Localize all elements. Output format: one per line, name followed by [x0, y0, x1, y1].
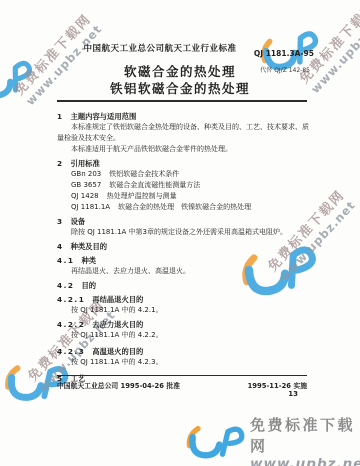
site-brand-text: 免费标准下载网 www.upbz.net	[250, 414, 360, 466]
section-title: 再结晶退火目的	[92, 295, 143, 304]
reference-code: GB 3657	[71, 181, 101, 189]
implementation-note: 1995-11-26 实施	[248, 380, 307, 390]
reference-code: QJ 1428	[71, 192, 99, 200]
reference-item: GB 3657软磁合金直流磁性能测量方法	[57, 180, 310, 191]
standard-number: QJ 1181.3A-95	[254, 49, 314, 58]
section-number: 4.2	[57, 281, 74, 290]
watermark-site-url: www.upbz.net	[250, 456, 360, 466]
section-1-heading: 1主题内容与适用范围	[57, 111, 310, 122]
section-number: 4.1	[57, 256, 74, 265]
section-4-2-1-heading: 4.2.1再结晶退火目的	[57, 294, 310, 305]
section-number: 3	[57, 217, 64, 226]
section-4-heading: 4种类及目的	[57, 241, 310, 252]
page-number: 13	[288, 390, 298, 398]
reference-name: 铁铝软磁合金技术条件	[109, 170, 179, 178]
footer-rule	[57, 375, 307, 376]
paragraph: 按 QJ 1181.1A 中的 4.2.1。	[57, 305, 310, 316]
section-title: 设备	[71, 217, 86, 226]
paragraph: 本标准适用于航天产品铁铝软磁合金零件的热处理。	[57, 144, 310, 155]
section-number: 4.2.2	[57, 320, 85, 329]
doc-body: 1主题内容与适用范围 本标准规定了铁铝软磁合金热处理的设备、种类及目的、工艺、技…	[57, 108, 310, 384]
section-number: 1	[57, 112, 64, 121]
reference-code: GBn 203	[71, 170, 101, 178]
scanned-standard-page: 免费标准下载网 www.upbz.net 免费标准下载网 www.upbz.ne…	[0, 0, 360, 466]
paragraph: 再结晶退火、去应力退火、高温退火。	[57, 266, 310, 277]
paragraph: 按 QJ 1181.1A 中的 4.2.2。	[57, 330, 310, 341]
section-title: 种类	[81, 256, 96, 265]
section-title: 去应力退火目的	[92, 320, 143, 329]
doc-title-line1: 软磁合金的热处理	[0, 62, 360, 80]
section-title: 主题内容与适用范围	[71, 112, 137, 121]
reference-item: GBn 203铁铝软磁合金技术条件	[57, 169, 310, 180]
header-rule	[57, 100, 307, 102]
reference-item: QJ 1428热处理炉温控制与测量	[57, 191, 310, 202]
section-4-1-heading: 4.1种类	[57, 255, 310, 266]
section-2-heading: 2引用标准	[57, 158, 310, 169]
reference-name: 软磁合金直流磁性能测量方法	[109, 181, 200, 189]
reference-name: 软磁合金的热处理 铁镍软磁合金的热处理	[118, 203, 251, 211]
section-number: 4.2.1	[57, 295, 85, 304]
section-4-2-3-heading: 4.2.3高温退火的目的	[57, 346, 310, 357]
reference-name: 热处理炉温控制与测量	[107, 192, 177, 200]
paragraph: 除按 QJ 1181.1A 中第3章的规定设备之外还需采用高温箱式电阻炉。	[57, 227, 310, 238]
reference-code: QJ 1181.1A	[71, 203, 110, 211]
reference-item: QJ 1181.1A软磁合金的热处理 铁镍软磁合金的热处理	[57, 202, 310, 213]
section-title: 引用标准	[71, 159, 100, 168]
watermark-site-name: 免费标准下载网	[250, 414, 360, 456]
section-4-2-heading: 4.2目的	[57, 280, 310, 291]
section-number: 2	[57, 159, 64, 168]
doc-title-line2: 铁铝软磁合金的热处理	[0, 79, 360, 97]
section-4-2-2-heading: 4.2.2去应力退火目的	[57, 319, 310, 330]
section-title: 高温退火的目的	[92, 347, 143, 356]
footer: 中国航天工业总公司 1995-04-26 批准 1995-11-26 实施	[57, 380, 307, 390]
section-number: 4.2.3	[57, 347, 85, 356]
section-title: 目的	[81, 281, 96, 290]
section-3-heading: 3设备	[57, 216, 310, 227]
section-title: 种类及目的	[71, 242, 107, 251]
site-brand: 免费标准下载网 www.upbz.net	[182, 414, 360, 466]
paragraph: 本标准规定了铁铝软磁合金热处理的设备、种类及目的、工艺、技术要求、质量检验及技术…	[57, 122, 310, 144]
section-number: 4	[57, 242, 64, 251]
up-logo-icon	[182, 421, 246, 466]
paragraph: 按 QJ 1181.1A 中的 4.2.3。	[57, 357, 310, 368]
approval-note: 中国航天工业总公司 1995-04-26 批准	[57, 380, 180, 390]
